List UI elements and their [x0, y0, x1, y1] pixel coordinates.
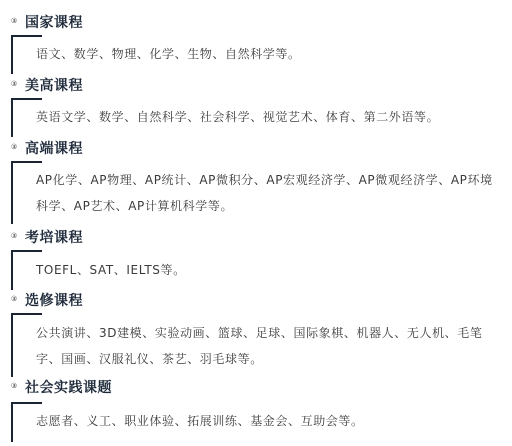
section-description: 语文、数学、物理、化学、生物、自然科学等。 [36, 41, 496, 67]
section-title: 选修课程 [25, 290, 83, 310]
description-line: 英语文学、数学、自然科学、社会科学、视觉艺术、体育、第二外语等。 [36, 104, 496, 130]
section-heading: ③ 社会实践课题 [0, 376, 512, 398]
circled-number-bullet-icon: ③ [10, 382, 18, 390]
description-line: 科学、AP艺术、AP计算机科学等。 [36, 193, 496, 219]
section-heading: ③ 考培课程 [0, 226, 512, 248]
section-advanced-curriculum: ③ 高端课程 AP化学、AP物理、AP统计、AP微积分、AP宏观经济学、AP微观… [0, 137, 512, 159]
section-description: 公共演讲、3D建模、实验动画、篮球、足球、国际象棋、机器人、无人机、毛笔 字、国… [36, 320, 496, 372]
section-content-box: 英语文学、数学、自然科学、社会科学、视觉艺术、体育、第二外语等。 [11, 98, 13, 137]
circled-number-bullet-icon: ③ [10, 295, 18, 303]
section-content-box: 语文、数学、物理、化学、生物、自然科学等。 [11, 35, 13, 74]
section-heading: ③ 国家课程 [0, 11, 512, 33]
section-content-box: 公共演讲、3D建模、实验动画、篮球、足球、国际象棋、机器人、无人机、毛笔 字、国… [11, 313, 13, 377]
section-content-box: AP化学、AP物理、AP统计、AP微积分、AP宏观经济学、AP微观经济学、AP环… [11, 161, 13, 224]
corner-border-decoration [11, 313, 42, 315]
section-description: 英语文学、数学、自然科学、社会科学、视觉艺术、体育、第二外语等。 [36, 104, 496, 130]
description-line: 志愿者、义工、职业体验、拓展训练、基金会、互助会等。 [36, 408, 496, 434]
corner-border-decoration [11, 161, 42, 163]
circled-number-bullet-icon: ③ [10, 143, 18, 151]
section-title: 社会实践课题 [25, 377, 112, 397]
section-description: TOEFL、SAT、IELTS等。 [36, 257, 496, 283]
circled-number-bullet-icon: ③ [10, 17, 18, 25]
description-line: 语文、数学、物理、化学、生物、自然科学等。 [36, 41, 496, 67]
section-heading: ③ 美高课程 [0, 74, 512, 96]
circled-number-bullet-icon: ③ [10, 80, 18, 88]
description-line: 字、国画、汉服礼仪、茶艺、羽毛球等。 [36, 346, 496, 372]
section-social-practice: ③ 社会实践课题 志愿者、义工、职业体验、拓展训练、基金会、互助会等。 [0, 376, 512, 398]
corner-border-decoration [11, 35, 42, 37]
description-line: 公共演讲、3D建模、实验动画、篮球、足球、国际象棋、机器人、无人机、毛笔 [36, 320, 496, 346]
section-title: 高端课程 [25, 138, 83, 158]
section-heading: ③ 选修课程 [0, 289, 512, 311]
section-description: AP化学、AP物理、AP统计、AP微积分、AP宏观经济学、AP微观经济学、AP环… [36, 167, 496, 219]
circled-number-bullet-icon: ③ [10, 232, 18, 240]
section-content-box: TOEFL、SAT、IELTS等。 [11, 250, 13, 290]
section-description: 志愿者、义工、职业体验、拓展训练、基金会、互助会等。 [36, 408, 496, 434]
section-content-box: 志愿者、义工、职业体验、拓展训练、基金会、互助会等。 [11, 402, 13, 442]
description-line: AP化学、AP物理、AP统计、AP微积分、AP宏观经济学、AP微观经济学、AP环… [36, 167, 496, 193]
section-test-prep-curriculum: ③ 考培课程 TOEFL、SAT、IELTS等。 [0, 226, 512, 248]
section-elective-curriculum: ③ 选修课程 公共演讲、3D建模、实验动画、篮球、足球、国际象棋、机器人、无人机… [0, 289, 512, 311]
corner-border-decoration [11, 402, 42, 404]
corner-border-decoration [11, 250, 42, 252]
corner-border-decoration [11, 98, 42, 100]
section-us-high-school-curriculum: ③ 美高课程 英语文学、数学、自然科学、社会科学、视觉艺术、体育、第二外语等。 [0, 74, 512, 96]
section-heading: ③ 高端课程 [0, 137, 512, 159]
section-title: 国家课程 [25, 12, 83, 32]
description-line: TOEFL、SAT、IELTS等。 [36, 257, 496, 283]
section-national-curriculum: ③ 国家课程 语文、数学、物理、化学、生物、自然科学等。 [0, 11, 512, 33]
section-title: 美高课程 [25, 75, 83, 95]
section-title: 考培课程 [25, 227, 83, 247]
